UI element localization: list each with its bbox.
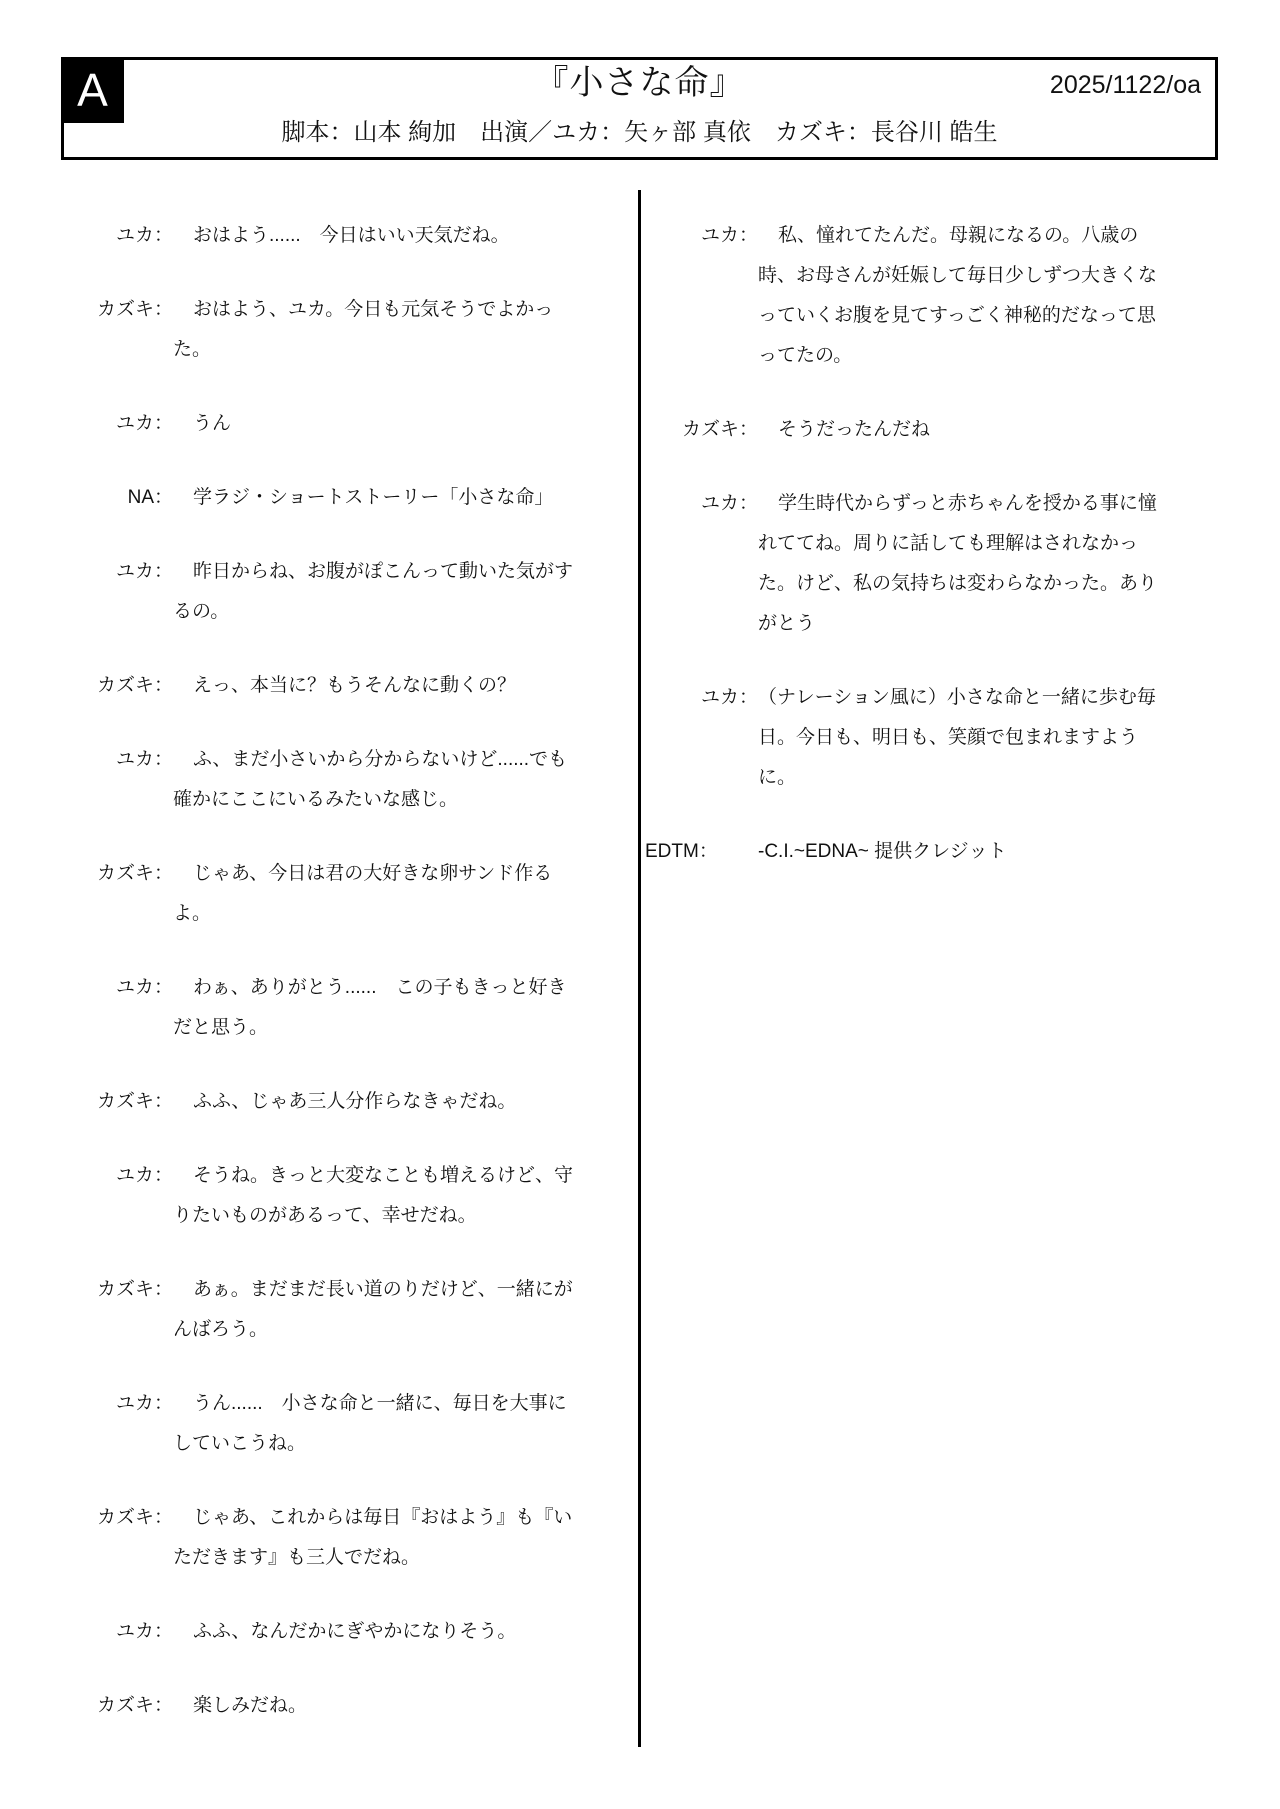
dialogue-text: ふ、まだ小さいから分からないけど......でも確かにここにいるみたいな感じ。 (173, 740, 573, 820)
dialogue-line: ユカ： うん (63, 404, 573, 444)
dialogue-text: ふふ、じゃあ三人分作らなきゃだね。 (173, 1082, 573, 1122)
speaker-label: ユカ： (63, 1612, 173, 1652)
speaker-label: カズキ： (63, 1270, 173, 1310)
dialogue-text: 私、憧れてたんだ。母親になるの。八歳の時、お母さんが妊娠して毎日少しずつ大きくな… (758, 216, 1157, 376)
speaker-label: カズキ： (63, 1082, 173, 1122)
dialogue-line: ユカ： 学生時代からずっと赤ちゃんを授かる事に憧れててね。周りに話しても理解はさ… (645, 484, 1157, 644)
speaker-label: ユカ： (63, 404, 173, 444)
dialogue-line: カズキ： おはよう、ユカ。今日も元気そうでよかった。 (63, 290, 573, 370)
speaker-label: カズキ： (63, 1498, 173, 1538)
speaker-label: カズキ： (63, 666, 173, 706)
dialogue-text: じゃあ、これからは毎日『おはよう』も『いただきます』も三人でだね。 (173, 1498, 573, 1578)
speaker-label: ユカ： (645, 678, 758, 718)
speaker-label: ユカ： (645, 216, 758, 256)
dialogue-text: あぁ。まだまだ長い道のりだけど、一緒にがんばろう。 (173, 1270, 573, 1350)
speaker-label: ユカ： (645, 484, 758, 524)
dialogue-line: カズキ： じゃあ、今日は君の大好きな卵サンド作るよ。 (63, 854, 573, 934)
dialogue-line: ユカ： 昨日からね、お腹がぽこんって動いた気がするの。 (63, 552, 573, 632)
script-right-column: ユカ： 私、憧れてたんだ。母親になるの。八歳の時、お母さんが妊娠して毎日少しずつ… (645, 216, 1157, 906)
speaker-label: カズキ： (645, 410, 758, 450)
edtm-cue-line: EDTM： -C.I.~EDNA~ 提供クレジット (645, 832, 1157, 872)
dialogue-line: ユカ： （ナレーション風に）小さな命と一緒に歩む毎日。今日も、明日も、笑顔で包ま… (645, 678, 1157, 798)
dialogue-text: わぁ、ありがとう...... この子もきっと好きだと思う。 (173, 968, 573, 1048)
speaker-label: ユカ： (63, 740, 173, 780)
dialogue-text: うん (173, 404, 573, 444)
dialogue-line: カズキ： 楽しみだね。 (63, 1686, 573, 1726)
dialogue-text: -C.I.~EDNA~ 提供クレジット (758, 832, 1157, 872)
dialogue-text: そうだったんだね (758, 410, 1157, 450)
speaker-label: EDTM： (645, 832, 758, 872)
dialogue-text: おはよう、ユカ。今日も元気そうでよかった。 (173, 290, 573, 370)
dialogue-line: ユカ： ふふ、なんだかにぎやかになりそう。 (63, 1612, 573, 1652)
credits-line: 脚本：山本 絢加 出演／ユカ：矢ヶ部 真依 カズキ：長谷川 皓生 (64, 112, 1215, 147)
dialogue-text: 昨日からね、お腹がぽこんって動いた気がするの。 (173, 552, 573, 632)
dialogue-text: うん...... 小さな命と一緒に、毎日を大事にしていこうね。 (173, 1384, 573, 1464)
dialogue-text: えっ、本当に？もうそんなに動くの？ (173, 666, 573, 706)
dialogue-text: ふふ、なんだかにぎやかになりそう。 (173, 1612, 573, 1652)
speaker-label: カズキ： (63, 1686, 173, 1726)
dialogue-line: カズキ： じゃあ、これからは毎日『おはよう』も『いただきます』も三人でだね。 (63, 1498, 573, 1578)
column-divider (638, 190, 641, 1747)
dialogue-text: そうね。きっと大変なことも増えるけど、守りたいものがあるって、幸せだね。 (173, 1156, 573, 1236)
dialogue-line: カズキ： そうだったんだね (645, 410, 1157, 450)
speaker-label: ユカ： (63, 1156, 173, 1196)
script-header-box: A 『小さな命』 2025/1122/oa 脚本：山本 絢加 出演／ユカ：矢ヶ部… (61, 57, 1218, 160)
dialogue-text: おはよう...... 今日はいい天気だね。 (173, 216, 573, 256)
script-left-column: ユカ： おはよう...... 今日はいい天気だね。 カズキ： おはよう、ユカ。今… (63, 216, 573, 1760)
dialogue-line: カズキ： えっ、本当に？もうそんなに動くの？ (63, 666, 573, 706)
broadcast-date: 2025/1122/oa (1050, 71, 1201, 100)
page-title: 『小さな命』 (64, 63, 1215, 103)
dialogue-line: ユカ： おはよう...... 今日はいい天気だね。 (63, 216, 573, 256)
dialogue-line: カズキ： あぁ。まだまだ長い道のりだけど、一緒にがんばろう。 (63, 1270, 573, 1350)
speaker-label: ユカ： (63, 968, 173, 1008)
speaker-label: カズキ： (63, 290, 173, 330)
dialogue-line: ユカ： 私、憧れてたんだ。母親になるの。八歳の時、お母さんが妊娠して毎日少しずつ… (645, 216, 1157, 376)
speaker-label: ユカ： (63, 216, 173, 256)
speaker-label: NA： (63, 478, 173, 518)
dialogue-line: カズキ： ふふ、じゃあ三人分作らなきゃだね。 (63, 1082, 573, 1122)
dialogue-line: ユカ： わぁ、ありがとう...... この子もきっと好きだと思う。 (63, 968, 573, 1048)
dialogue-text: （ナレーション風に）小さな命と一緒に歩む毎日。今日も、明日も、笑顔で包まれますよ… (758, 678, 1157, 798)
dialogue-text: 学生時代からずっと赤ちゃんを授かる事に憧れててね。周りに話しても理解はされなかっ… (758, 484, 1157, 644)
speaker-label: カズキ： (63, 854, 173, 894)
dialogue-text: 学ラジ・ショートストーリー「小さな命」 (173, 478, 573, 518)
dialogue-text: 楽しみだね。 (173, 1686, 573, 1726)
speaker-label: ユカ： (63, 552, 173, 592)
dialogue-line: ユカ： そうね。きっと大変なことも増えるけど、守りたいものがあるって、幸せだね。 (63, 1156, 573, 1236)
dialogue-line: ユカ： うん...... 小さな命と一緒に、毎日を大事にしていこうね。 (63, 1384, 573, 1464)
speaker-label: ユカ： (63, 1384, 173, 1424)
dialogue-text: じゃあ、今日は君の大好きな卵サンド作るよ。 (173, 854, 573, 934)
dialogue-line: ユカ： ふ、まだ小さいから分からないけど......でも確かにここにいるみたいな… (63, 740, 573, 820)
dialogue-line: NA： 学ラジ・ショートストーリー「小さな命」 (63, 478, 573, 518)
